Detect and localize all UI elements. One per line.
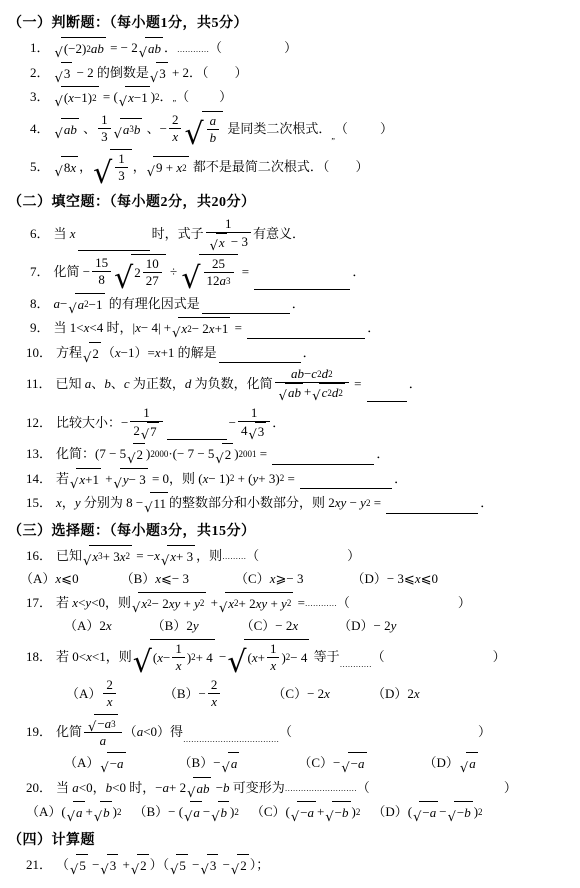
math-text: − bbox=[203, 802, 210, 822]
math-text: （ bbox=[209, 38, 222, 58]
math-text: <1，则 bbox=[92, 647, 132, 667]
math-text: 2 bbox=[140, 856, 147, 876]
radicand: c2d2 bbox=[319, 383, 345, 401]
math-text: 1 bbox=[175, 641, 182, 657]
radical-sign-icon: √ bbox=[141, 423, 149, 441]
math-text: = − 2 bbox=[107, 38, 138, 58]
math-text: −1 bbox=[134, 88, 148, 108]
question-line: 6．当 x时，式子1√x − 3有意义． bbox=[8, 216, 572, 252]
math-text: （B）− ( bbox=[134, 802, 184, 822]
sqrt-expression: √8x bbox=[55, 156, 79, 178]
question-number: 14． bbox=[26, 469, 52, 489]
math-text: ⩽0 bbox=[61, 569, 78, 589]
sqrt-expression: √2 bbox=[127, 443, 145, 465]
math-text: +1 bbox=[215, 319, 229, 339]
math-text: + bbox=[102, 469, 113, 489]
fraction: ab bbox=[207, 113, 220, 147]
fraction-denominator: x bbox=[172, 658, 185, 674]
math-text: = 0，则 ( bbox=[149, 469, 203, 489]
math-text: <4 时，| bbox=[89, 318, 135, 338]
math-text: +1 的解是 bbox=[161, 343, 217, 363]
math-text: 1 bbox=[118, 151, 125, 167]
radical-sign-icon: √ bbox=[100, 753, 108, 775]
sqrt-expression: √a bbox=[184, 801, 202, 823]
radical-sign-icon: √ bbox=[55, 119, 63, 141]
fraction-denominator: 3 bbox=[115, 168, 128, 184]
dots-leader: ……………………………… bbox=[183, 734, 279, 749]
radical-sign-icon: √ bbox=[172, 318, 180, 340]
math-text: 2 bbox=[136, 445, 143, 465]
math-text: （C）− bbox=[298, 753, 340, 773]
math-text: 12 bbox=[207, 273, 220, 289]
section: （一）判断题：（每小题1分，共5分）1．√(−2)2ab = − 2√ab．……… bbox=[8, 13, 572, 185]
math-text: 2 bbox=[106, 677, 113, 693]
math-text: （B）− bbox=[164, 684, 206, 704]
radical-sign-icon: √ bbox=[88, 715, 96, 733]
math-text: 3 bbox=[258, 424, 265, 440]
math-variable: ab bbox=[148, 39, 161, 59]
radical-sign-icon: √ bbox=[211, 802, 219, 824]
answer-blank bbox=[247, 324, 365, 339]
math-text: 、 bbox=[111, 374, 124, 394]
radicand: ab bbox=[285, 383, 303, 401]
math-text: − bbox=[97, 716, 104, 732]
math-text: （ bbox=[279, 722, 292, 742]
math-variable: a bbox=[308, 803, 315, 823]
math-text: 时，式子 bbox=[152, 224, 204, 244]
radicand: x−1 bbox=[125, 86, 150, 108]
answer-space bbox=[330, 693, 372, 694]
sqrt-expression: √c2d2 bbox=[312, 383, 345, 401]
question-number: 17． bbox=[26, 593, 52, 613]
radical-sign-icon: √ bbox=[184, 802, 192, 824]
question-line: 21．（√5 −√3 +√2）（√5 −√3 −√2）； bbox=[8, 854, 572, 876]
sqrt-expression: √9 + x2 bbox=[147, 156, 189, 178]
fraction-denominator: x bbox=[267, 658, 280, 674]
math-text: + bbox=[86, 802, 93, 822]
sqrt-expression: √7 bbox=[141, 422, 159, 440]
math-text: = bbox=[239, 262, 253, 282]
math-variable: b bbox=[210, 130, 217, 146]
radical-sign-icon: √ bbox=[147, 157, 155, 179]
math-variable: a bbox=[100, 733, 107, 749]
sqrt-expression: √13 bbox=[93, 149, 132, 185]
fraction: 2x bbox=[103, 677, 116, 711]
math-text: （B）2 bbox=[152, 616, 193, 636]
math-text: ） bbox=[355, 157, 368, 177]
math-variable: x bbox=[70, 158, 76, 178]
math-text: 有意义． bbox=[253, 224, 305, 244]
radicand: x2− 2x+1 bbox=[178, 317, 230, 339]
sqrt-expression: √a bbox=[222, 752, 240, 774]
question-number: 19． bbox=[26, 722, 52, 742]
fraction-numerator: ab−c2d2 bbox=[275, 366, 349, 383]
fraction-numerator: 2 bbox=[103, 677, 116, 694]
math-text: （D）− 2 bbox=[338, 616, 390, 636]
sqrt-expression: √3 bbox=[201, 854, 219, 876]
question-number: 6． bbox=[30, 224, 50, 244]
fraction-denominator: 27 bbox=[143, 273, 162, 289]
radical-sign-icon: √ bbox=[227, 640, 246, 676]
fraction-numerator: 1 bbox=[98, 112, 111, 129]
math-text: ) bbox=[234, 444, 238, 464]
sqrt-expression: √−b bbox=[448, 801, 473, 823]
radical-sign-icon: √ bbox=[161, 546, 169, 568]
math-text: （ bbox=[102, 343, 115, 363]
radical-sign-icon: √ bbox=[132, 593, 140, 615]
math-text: ． bbox=[303, 343, 316, 363]
math-text: 若 0< bbox=[56, 647, 86, 667]
sqrt-expression: √x3+ 3x2 bbox=[83, 545, 132, 567]
math-text: 比较大小：− bbox=[56, 413, 128, 433]
math-text: − bbox=[439, 802, 446, 822]
math-text: + 2 bbox=[239, 594, 256, 614]
answer-space bbox=[122, 811, 134, 812]
math-text: = bbox=[370, 493, 384, 513]
radicand: 13 bbox=[110, 149, 132, 185]
radical-sign-icon: √ bbox=[70, 855, 78, 877]
math-text: + bbox=[207, 593, 218, 613]
math-text: <0，则 bbox=[91, 593, 131, 613]
math-text: − bbox=[60, 294, 67, 314]
answer-space bbox=[199, 625, 241, 626]
fraction-numerator: 10 bbox=[143, 256, 162, 273]
math-text: 3 bbox=[110, 856, 117, 876]
answer-space bbox=[209, 72, 235, 73]
math-text: + 2 bbox=[169, 778, 186, 798]
fraction-denominator: x bbox=[169, 129, 182, 145]
sqrt-expression: √−a bbox=[413, 801, 438, 823]
math-text: 3 bbox=[159, 64, 166, 84]
radical-sign-icon: √ bbox=[170, 855, 178, 877]
math-text: ． bbox=[164, 38, 177, 58]
answer-space bbox=[329, 166, 355, 167]
question-number: 12． bbox=[26, 413, 52, 433]
answer-blank bbox=[367, 387, 407, 402]
math-text: （A） bbox=[20, 569, 55, 589]
answer-blank bbox=[254, 275, 350, 290]
answer-space bbox=[79, 578, 121, 579]
math-text: = bbox=[294, 593, 305, 613]
math-text: − bbox=[346, 493, 360, 513]
math-text: −1) bbox=[74, 88, 92, 108]
math-text: + 4 bbox=[196, 648, 213, 668]
fraction-denominator: 12a3 bbox=[204, 273, 234, 289]
math-text: + bbox=[317, 802, 324, 822]
sqrt-expression: √11 bbox=[144, 492, 168, 514]
question-number: 1． bbox=[30, 38, 50, 58]
radical-sign-icon: √ bbox=[94, 802, 102, 824]
math-text: = bbox=[257, 444, 271, 464]
radicand: 11 bbox=[150, 492, 168, 514]
question-number: 11． bbox=[26, 374, 52, 394]
sqrt-expression: √−a3 bbox=[88, 714, 118, 732]
fraction: √−a3a bbox=[84, 714, 122, 750]
radical-sign-icon: √ bbox=[291, 802, 299, 824]
fraction: 2x bbox=[208, 677, 221, 711]
math-variable: a bbox=[210, 113, 217, 129]
math-text: − bbox=[422, 803, 429, 823]
math-text: （A）( bbox=[26, 802, 66, 822]
answer-blank bbox=[202, 299, 290, 314]
math-text: + 3 bbox=[176, 547, 193, 567]
radical-sign-icon: √ bbox=[187, 778, 195, 800]
radical-sign-icon: √ bbox=[55, 87, 63, 109]
question-number: 4． bbox=[30, 119, 50, 139]
fraction-numerator: 1 bbox=[238, 405, 270, 422]
sqrt-expression: √2 bbox=[215, 443, 233, 465]
sqrt-expression: √−a bbox=[291, 801, 316, 823]
radicand: ab bbox=[61, 118, 79, 140]
radical-sign-icon: √ bbox=[114, 119, 122, 141]
question-number: 16． bbox=[26, 546, 52, 566]
sqrt-expression: √−b bbox=[325, 801, 350, 823]
question-line: 1．√(−2)2ab = − 2√ab．…………（） bbox=[8, 37, 572, 59]
radical-sign-icon: √ bbox=[68, 294, 76, 316]
math-text: ）； bbox=[250, 855, 270, 875]
math-text: + bbox=[258, 648, 265, 668]
sqrt-expression: √−a bbox=[100, 752, 125, 774]
math-text: 25 bbox=[212, 256, 225, 272]
radicand: −a bbox=[348, 752, 367, 774]
math-text: 都不是最简二次根式．（ bbox=[190, 157, 330, 177]
math-text: 8 bbox=[98, 272, 105, 288]
radical-sign-icon: √ bbox=[67, 802, 75, 824]
math-text: 当 1< bbox=[54, 318, 84, 338]
radicand: y− 3 bbox=[120, 468, 148, 490]
math-text: （A） bbox=[64, 753, 99, 773]
math-text: ． bbox=[160, 87, 173, 107]
radical-sign-icon: √ bbox=[201, 855, 209, 877]
sqrt-expression: √5 bbox=[70, 854, 88, 876]
radical-sign-icon: √ bbox=[139, 38, 147, 60]
radical-sign-icon: √ bbox=[448, 802, 456, 824]
math-variable: xy bbox=[256, 594, 268, 614]
math-text: 7 bbox=[150, 424, 157, 440]
math-text: ． bbox=[367, 318, 380, 338]
answer-blank bbox=[167, 425, 227, 440]
math-text: （C）( bbox=[251, 802, 290, 822]
sqrt-expression: √x+1 bbox=[70, 468, 101, 490]
math-text: （D）2 bbox=[372, 684, 414, 704]
math-variable: x bbox=[154, 546, 160, 566]
radical-sign-icon: √ bbox=[70, 469, 78, 491]
radicand: 8x bbox=[61, 156, 78, 178]
radicand: (x−1x)2+ 4 bbox=[150, 639, 215, 675]
math-text: − 2 bbox=[152, 594, 169, 614]
sqrt-expression: √3 bbox=[55, 62, 73, 84]
radical-sign-icon: √ bbox=[184, 112, 203, 148]
sqrt-expression: √ab bbox=[279, 383, 303, 401]
math-text: − bbox=[216, 647, 227, 667]
answer-space bbox=[298, 625, 338, 626]
math-text: 1 bbox=[270, 641, 277, 657]
math-text: ⩽− 3 bbox=[161, 569, 189, 589]
answer-space bbox=[385, 656, 493, 657]
math-text: − 2 bbox=[192, 319, 209, 339]
section-title: （四）计算题 bbox=[8, 830, 572, 851]
question-number: 5． bbox=[30, 157, 50, 177]
math-text: − 3 bbox=[228, 234, 248, 250]
math-text: （A）2 bbox=[64, 616, 106, 636]
math-text: 可变形为 bbox=[230, 778, 285, 798]
math-variable: x bbox=[219, 235, 225, 251]
radical-sign-icon: √ bbox=[133, 640, 152, 676]
dots-leader: ………… bbox=[177, 44, 209, 59]
fraction-denominator: 8 bbox=[92, 272, 111, 288]
radicand: −b bbox=[454, 801, 473, 823]
fraction: 1√x − 3 bbox=[206, 216, 251, 252]
math-text: （ bbox=[124, 722, 137, 742]
math-text: 9 + bbox=[156, 158, 176, 178]
sqrt-expression: √ab bbox=[184, 111, 223, 147]
math-text: 3 bbox=[210, 856, 217, 876]
math-text: 1 bbox=[101, 112, 108, 128]
fraction-denominator: 4√3 bbox=[238, 422, 270, 440]
math-text: 5 bbox=[179, 856, 186, 876]
math-worksheet: （一）判断题：（每小题1分，共5分）1．√(−2)2ab = − 2√ab．……… bbox=[0, 0, 580, 888]
radicand: 9 + x2 bbox=[153, 156, 189, 178]
fraction: 14√3 bbox=[238, 405, 270, 441]
radical-sign-icon: √ bbox=[231, 855, 239, 877]
math-variable: b bbox=[103, 803, 110, 823]
math-text: + bbox=[119, 855, 130, 875]
radicand: x+1 bbox=[76, 468, 101, 490]
question-number: 9． bbox=[30, 318, 50, 338]
radical-sign-icon: √ bbox=[55, 157, 63, 179]
fraction-numerator: 1 bbox=[206, 216, 251, 233]
math-text: 2 bbox=[225, 445, 232, 465]
math-text: −1 bbox=[89, 295, 103, 315]
math-variable: y bbox=[391, 616, 397, 636]
sqrt-expression: √x2+ 2xy + y2 bbox=[219, 592, 293, 614]
radicand: −a bbox=[297, 801, 316, 823]
math-text: ） bbox=[380, 119, 393, 139]
fraction: 1027 bbox=[143, 256, 162, 290]
math-text: （D）− 3⩽ bbox=[351, 569, 414, 589]
question-line: 19．化简√−a3a（a<0）得………………………………（） bbox=[8, 714, 572, 750]
question-line: 18．若 0<x<1，则√(x−1x)2+ 4 −√(x+1x)2− 4 等于…… bbox=[8, 639, 572, 675]
question-number: 7． bbox=[30, 262, 50, 282]
fraction: 2x bbox=[169, 112, 182, 146]
math-text: ） bbox=[458, 593, 471, 613]
math-variable: ab bbox=[196, 779, 209, 799]
radical-sign-icon: √ bbox=[215, 444, 223, 466]
math-text: (−2) bbox=[64, 39, 87, 59]
fraction-denominator: √x − 3 bbox=[206, 233, 251, 251]
math-text: 等于 bbox=[310, 647, 339, 667]
math-text: <0）得 bbox=[143, 722, 183, 742]
fraction-denominator: 2√7 bbox=[130, 422, 162, 440]
answer-space bbox=[303, 578, 351, 579]
math-variable: a bbox=[358, 754, 365, 774]
math-text: 的有理化因式是 bbox=[106, 294, 200, 314]
math-text: 、− bbox=[143, 119, 167, 139]
section-title: （二）填空题：（每小题2分，共20分） bbox=[8, 192, 572, 213]
math-text: （C）− 2 bbox=[272, 684, 324, 704]
answer-space bbox=[127, 762, 179, 763]
radical-sign-icon: √ bbox=[341, 753, 349, 775]
fraction: 2512a3 bbox=[204, 256, 234, 290]
sqrt-expression: √x2− 2xy + y2 bbox=[132, 592, 206, 614]
math-text: ⩽0 bbox=[421, 569, 438, 589]
question-line: 16．已知√x3+ 3x2 = −x√x+ 3，则………（） bbox=[8, 545, 572, 567]
math-text: + ( bbox=[234, 469, 252, 489]
question-line: 5．√8x，√13，√9 + x2 都不是最简二次根式．（） bbox=[8, 149, 572, 185]
radical-sign-icon: √ bbox=[222, 753, 230, 775]
radical-sign-icon: √ bbox=[127, 444, 135, 466]
math-variable: ab bbox=[91, 39, 104, 59]
math-variable: a bbox=[76, 803, 83, 823]
math-text: 、 bbox=[91, 374, 104, 394]
sqrt-expression: √2512a3 bbox=[181, 254, 237, 290]
section: （二）填空题：（每小题2分，共20分）6．当 x时，式子1√x − 3有意义．7… bbox=[8, 192, 572, 514]
question-line: 20．当 a<0，b<0 时，−a+ 2√ab −b 可变形为………………………… bbox=[8, 777, 572, 799]
math-text: （B）− bbox=[179, 753, 221, 773]
question-line: 14．若√x+1 +√y− 3 = 0，则 (x− 1)2 + (y+ 3)2 … bbox=[8, 468, 572, 490]
answer-space bbox=[350, 602, 458, 603]
fraction: 1x bbox=[267, 641, 280, 675]
fraction-numerator: 1 bbox=[130, 405, 162, 422]
math-text: − 2 的倒数是 bbox=[73, 63, 149, 83]
fraction-denominator: √ab+√c2d2 bbox=[275, 383, 349, 401]
section-title: （三）选择题：（每小题3分，共15分） bbox=[8, 521, 572, 542]
answer-blank bbox=[219, 348, 301, 363]
sqrt-expression: √b bbox=[94, 801, 112, 823]
question-number: 13． bbox=[26, 444, 52, 464]
math-text: 的整数部分和小数部分，则 2 bbox=[169, 493, 335, 513]
math-text: 11 bbox=[153, 494, 166, 514]
math-text: ． bbox=[376, 444, 389, 464]
math-variable: x bbox=[270, 658, 276, 674]
math-text: − bbox=[163, 648, 170, 668]
math-variable: ab bbox=[64, 120, 77, 140]
question-line: 4．√ab 、13√a3b 、−2x√ab 是同类二次根式．„（） bbox=[8, 111, 572, 147]
math-text: + 3 bbox=[103, 547, 120, 567]
math-text: = bbox=[231, 318, 245, 338]
fraction-denominator: x bbox=[103, 694, 116, 710]
dots-leader: ………… bbox=[305, 598, 337, 613]
math-text: = ( bbox=[100, 87, 118, 107]
sqrt-expression: √x bbox=[210, 233, 227, 251]
radical-sign-icon: √ bbox=[249, 423, 257, 441]
math-text: （D）( bbox=[372, 802, 412, 822]
radicand: ab bbox=[202, 111, 224, 147]
answer-space bbox=[222, 47, 284, 48]
math-text: − 3 bbox=[129, 470, 146, 490]
math-text: − bbox=[110, 754, 117, 774]
math-text: 2 bbox=[172, 112, 179, 128]
math-variable: xy bbox=[169, 594, 181, 614]
sqrt-expression: √21027 bbox=[114, 254, 166, 290]
math-text: + bbox=[304, 384, 311, 400]
radicand: x2+ 2xy + y2 bbox=[225, 592, 293, 614]
radicand: 21027 bbox=[131, 254, 166, 290]
options-line: （A）2x（B）−2x（C）− 2x（D）2x bbox=[8, 677, 572, 711]
math-text: （D） bbox=[424, 753, 459, 773]
fraction-denominator: a bbox=[84, 733, 122, 749]
math-variable: ab bbox=[288, 385, 301, 401]
math-text: −1）= bbox=[121, 343, 155, 363]
fraction-numerator: √−a3 bbox=[84, 714, 122, 733]
math-text: ． bbox=[292, 294, 305, 314]
math-text: ． bbox=[394, 469, 407, 489]
radicand: (x+1x)2− 4 bbox=[244, 639, 309, 675]
math-text: 为负数，化简 bbox=[191, 374, 272, 394]
math-text: ． bbox=[272, 413, 285, 433]
radical-sign-icon: √ bbox=[181, 255, 200, 291]
math-text: 3 bbox=[118, 168, 125, 184]
